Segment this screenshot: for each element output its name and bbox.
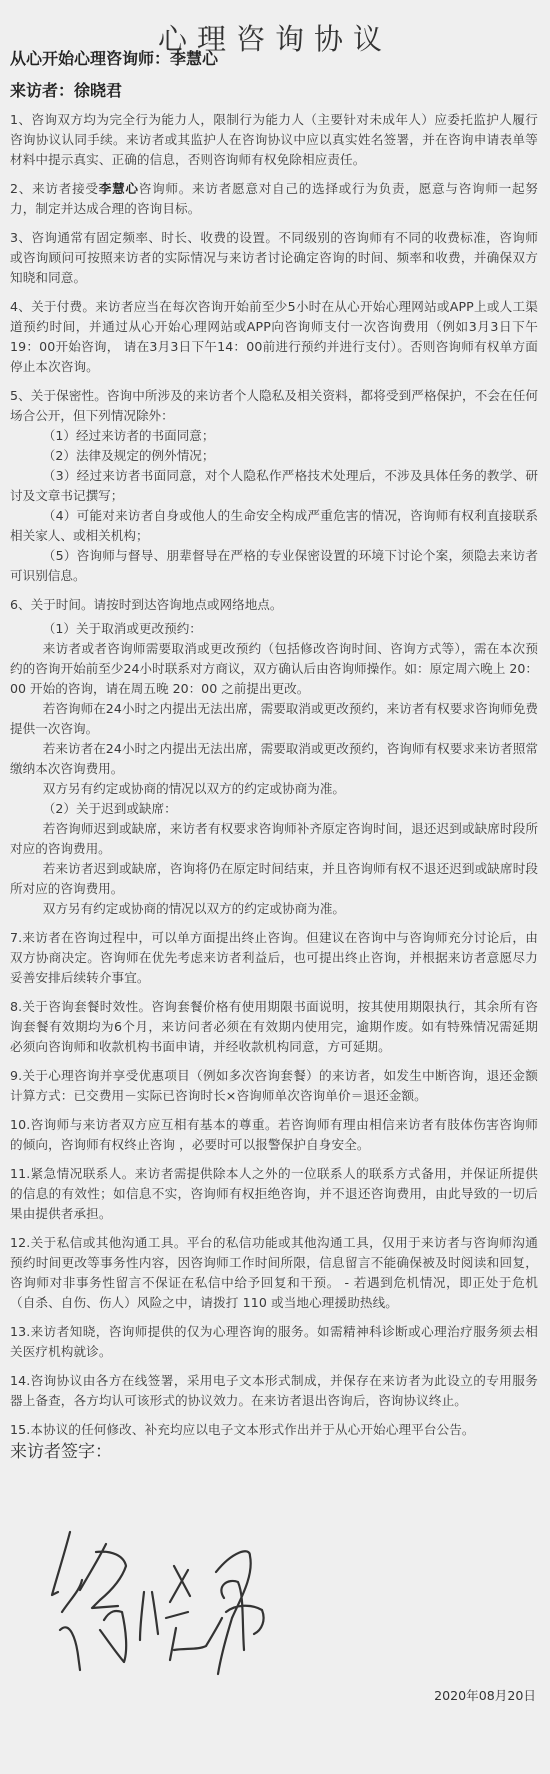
clause-1: 1、咨询双方均为完全行为能力人，限制行为能力人（主要针对未成年人）应委托监护人履… [10, 110, 538, 170]
clause-2: 2、来访者接受李慧心咨询师。来访者愿意对自己的选择或行为负责，愿意与咨询师一起努… [10, 179, 538, 219]
clause-5-item: （2）法律及规定的例外情况； [10, 446, 538, 466]
clause-5-item: （4）可能对来访者自身或他人的生命安全构成严重危害的情况，咨询师有权利直接联系相… [10, 506, 538, 546]
counselor-line: 从心开始心理咨询师：李慧心 [10, 48, 218, 70]
clause-6: 6、关于时间。请按时到达咨询地点或网络地点。 （1）关于取消或更改预约： 来访者… [10, 595, 538, 919]
clause-5: 5、关于保密性。咨询中所涉及的来访者个人隐私及相关资料，都将受到严格保护，不会在… [10, 386, 538, 586]
clause-6-sub2-para: 若来访者迟到或缺席，咨询将仍在原定时间结束，并且咨询师有权不退还迟到或缺席时段所… [10, 859, 538, 899]
clause-5-intro: 5、关于保密性。咨询中所涉及的来访者个人隐私及相关资料，都将受到严格保护，不会在… [10, 386, 538, 426]
clause-13: 13.来访者知晓，咨询师提供的仅为心理咨询的服务。如需精神科诊断或心理治疗服务须… [10, 1322, 538, 1362]
clause-9: 9.关于心理咨询并享受优惠项目（例如多次咨询套餐）的来访者，如发生中断咨询，退还… [10, 1066, 538, 1106]
clause-8: 8.关于咨询套餐时效性。咨询套餐价格有使用期限书面说明，按其使用期限执行，其余所… [10, 997, 538, 1057]
clause-5-item: （1）经过来访者的书面同意； [10, 426, 538, 446]
clause-11: 11.紧急情况联系人。来访者需提供除本人之外的一位联系人的联系方式备用，并保证所… [10, 1164, 538, 1224]
clause-5-item: （5）咨询师与督导、朋辈督导在严格的专业保密设置的环境下讨论个案，须隐去来访者可… [10, 546, 538, 586]
clause-4: 4、关于付费。来访者应当在每次咨询开始前至少5小时在从心开始心理网站或APP上或… [10, 297, 538, 377]
clause-6-sub2-para: 若咨询师迟到或缺席，来访者有权要求咨询师补齐原定咨询时间，退还迟到或缺席时段所对… [10, 819, 538, 859]
clause-6-intro: 6、关于时间。请按时到达咨询地点或网络地点。 [10, 595, 538, 615]
agreement-clauses: 1、咨询双方均为完全行为能力人，限制行为能力人（主要针对未成年人）应委托监护人履… [10, 110, 538, 1449]
clause-6-sub1-para: 若咨询师在24小时之内提出无法出席，需要取消或更改预约，来访者有权要求咨询师免费… [10, 699, 538, 739]
clause-10: 10.咨询师与来访者双方应互相有基本的尊重。若咨询师有理由相信来访者有肢体伤害咨… [10, 1115, 538, 1155]
clause-6-sub1-para: 若来访者在24小时之内提出无法出席，需要取消或更改预约，咨询师有权要求来访者照常… [10, 739, 538, 779]
clause-5-item: （3）经过来访者书面同意，对个人隐私作严格技术处理后，不涉及具体任务的教学、研讨… [10, 466, 538, 506]
clause-3: 3、咨询通常有固定频率、时长、收费的设置。不同级别的咨询师有不同的收费标准，咨询… [10, 228, 538, 288]
clause-12: 12.关于私信或其他沟通工具。平台的私信功能或其他沟通工具，仅用于来访者与咨询师… [10, 1233, 538, 1313]
client-line: 来访者：徐晓君 [10, 80, 122, 102]
clause-7: 7.来访者在咨询过程中，可以单方面提出终止咨询。但建议在咨询中与咨询师充分讨论后… [10, 928, 538, 988]
clause-15: 15.本协议的任何修改、补充均应以电子文本形式作出并于从心开始心理平台公告。 [10, 1420, 538, 1440]
counselor-name-highlight: 李慧心 [99, 181, 139, 196]
clause-6-sub1-para: 来访者或者咨询师需要取消或更改预约（包括修改咨询时间、咨询方式等），需在本次预约… [10, 639, 538, 699]
signature-label: 来访者签字： [10, 1440, 112, 1464]
clause-6-sub2-title: （2）关于迟到或缺席： [10, 799, 538, 819]
signature-date: 2020年08月20日 [434, 1687, 536, 1705]
agreement-page: 心理咨询协议 从心开始心理咨询师：李慧心 来访者：徐晓君 1、咨询双方均为完全行… [0, 0, 550, 1774]
clause-6-sub1-para: 双方另有约定或协商的情况以双方的约定或协商为准。 [10, 779, 538, 799]
clause-2-prefix: 2、来访者接受 [10, 181, 99, 196]
clause-6-sub1-title: （1）关于取消或更改预约： [10, 619, 538, 639]
clause-6-sub2-para: 双方另有约定或协商的情况以双方的约定或协商为准。 [10, 899, 538, 919]
clause-14: 14.咨询协议由各方在线签署，采用电子文本形式制成，并保存在来访者为此设立的专用… [10, 1371, 538, 1411]
handwritten-signature-image [40, 1500, 280, 1680]
